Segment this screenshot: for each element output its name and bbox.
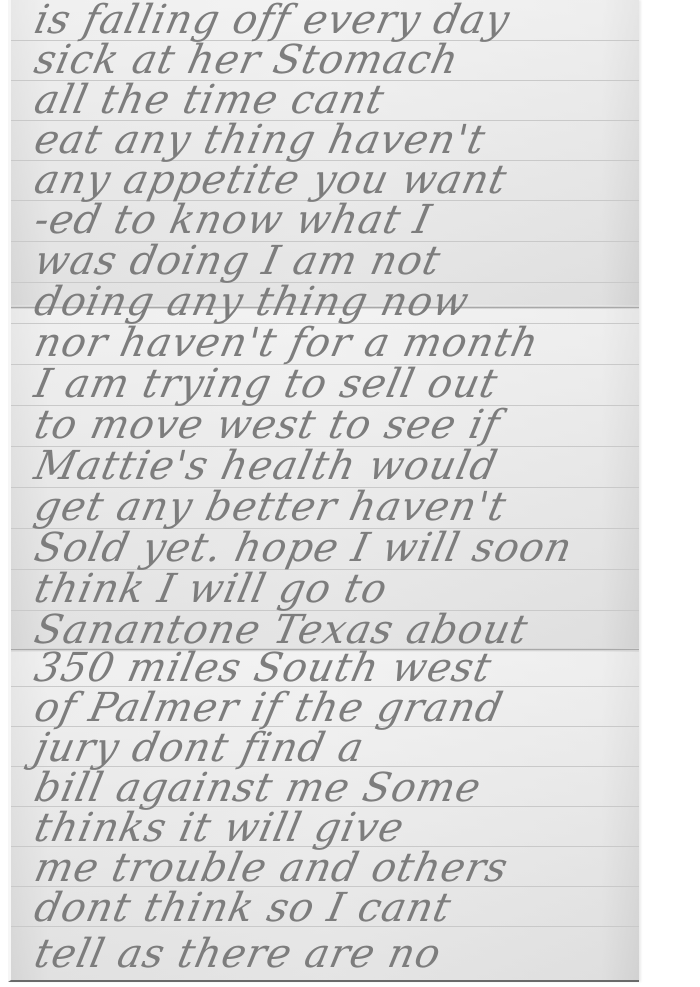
- letter-line: Sanantone Texas about: [31, 610, 640, 650]
- letter-line: bill against me Some: [31, 768, 640, 808]
- letter-line: -ed to know what I: [31, 200, 640, 240]
- letter-line: of Palmer if the grand: [31, 688, 640, 728]
- letter-line: to move west to see if: [31, 405, 640, 445]
- letter-line: me trouble and others: [31, 848, 640, 888]
- letter-line: think I will go to: [31, 569, 640, 609]
- letter-line: sick at her Stomach: [31, 40, 640, 80]
- letter-line: tell as there are no: [31, 934, 640, 974]
- letter-line: I am trying to sell out: [31, 364, 640, 404]
- letter-line: Mattie's health would: [31, 446, 640, 486]
- letter-line: any appetite you want: [31, 160, 640, 200]
- letter-line: all the time cant: [31, 80, 640, 120]
- letter-line: dont think so I cant: [31, 888, 640, 928]
- letter-line: eat any thing haven't: [31, 120, 640, 160]
- letter-line: jury dont find a: [31, 728, 640, 768]
- letter-line: nor haven't for a month: [31, 323, 640, 363]
- letter-line: Sold yet. hope I will soon: [31, 528, 640, 568]
- letter-line: was doing I am not: [31, 241, 640, 281]
- letter-page: is falling off every day sick at her Sto…: [8, 0, 639, 982]
- letter-line: get any better haven't: [31, 487, 640, 527]
- letter-line: thinks it will give: [31, 808, 640, 848]
- letter-line: is falling off every day: [31, 0, 640, 40]
- letter-line: 350 miles South west: [31, 648, 640, 688]
- letter-line: doing any thing now: [31, 282, 640, 322]
